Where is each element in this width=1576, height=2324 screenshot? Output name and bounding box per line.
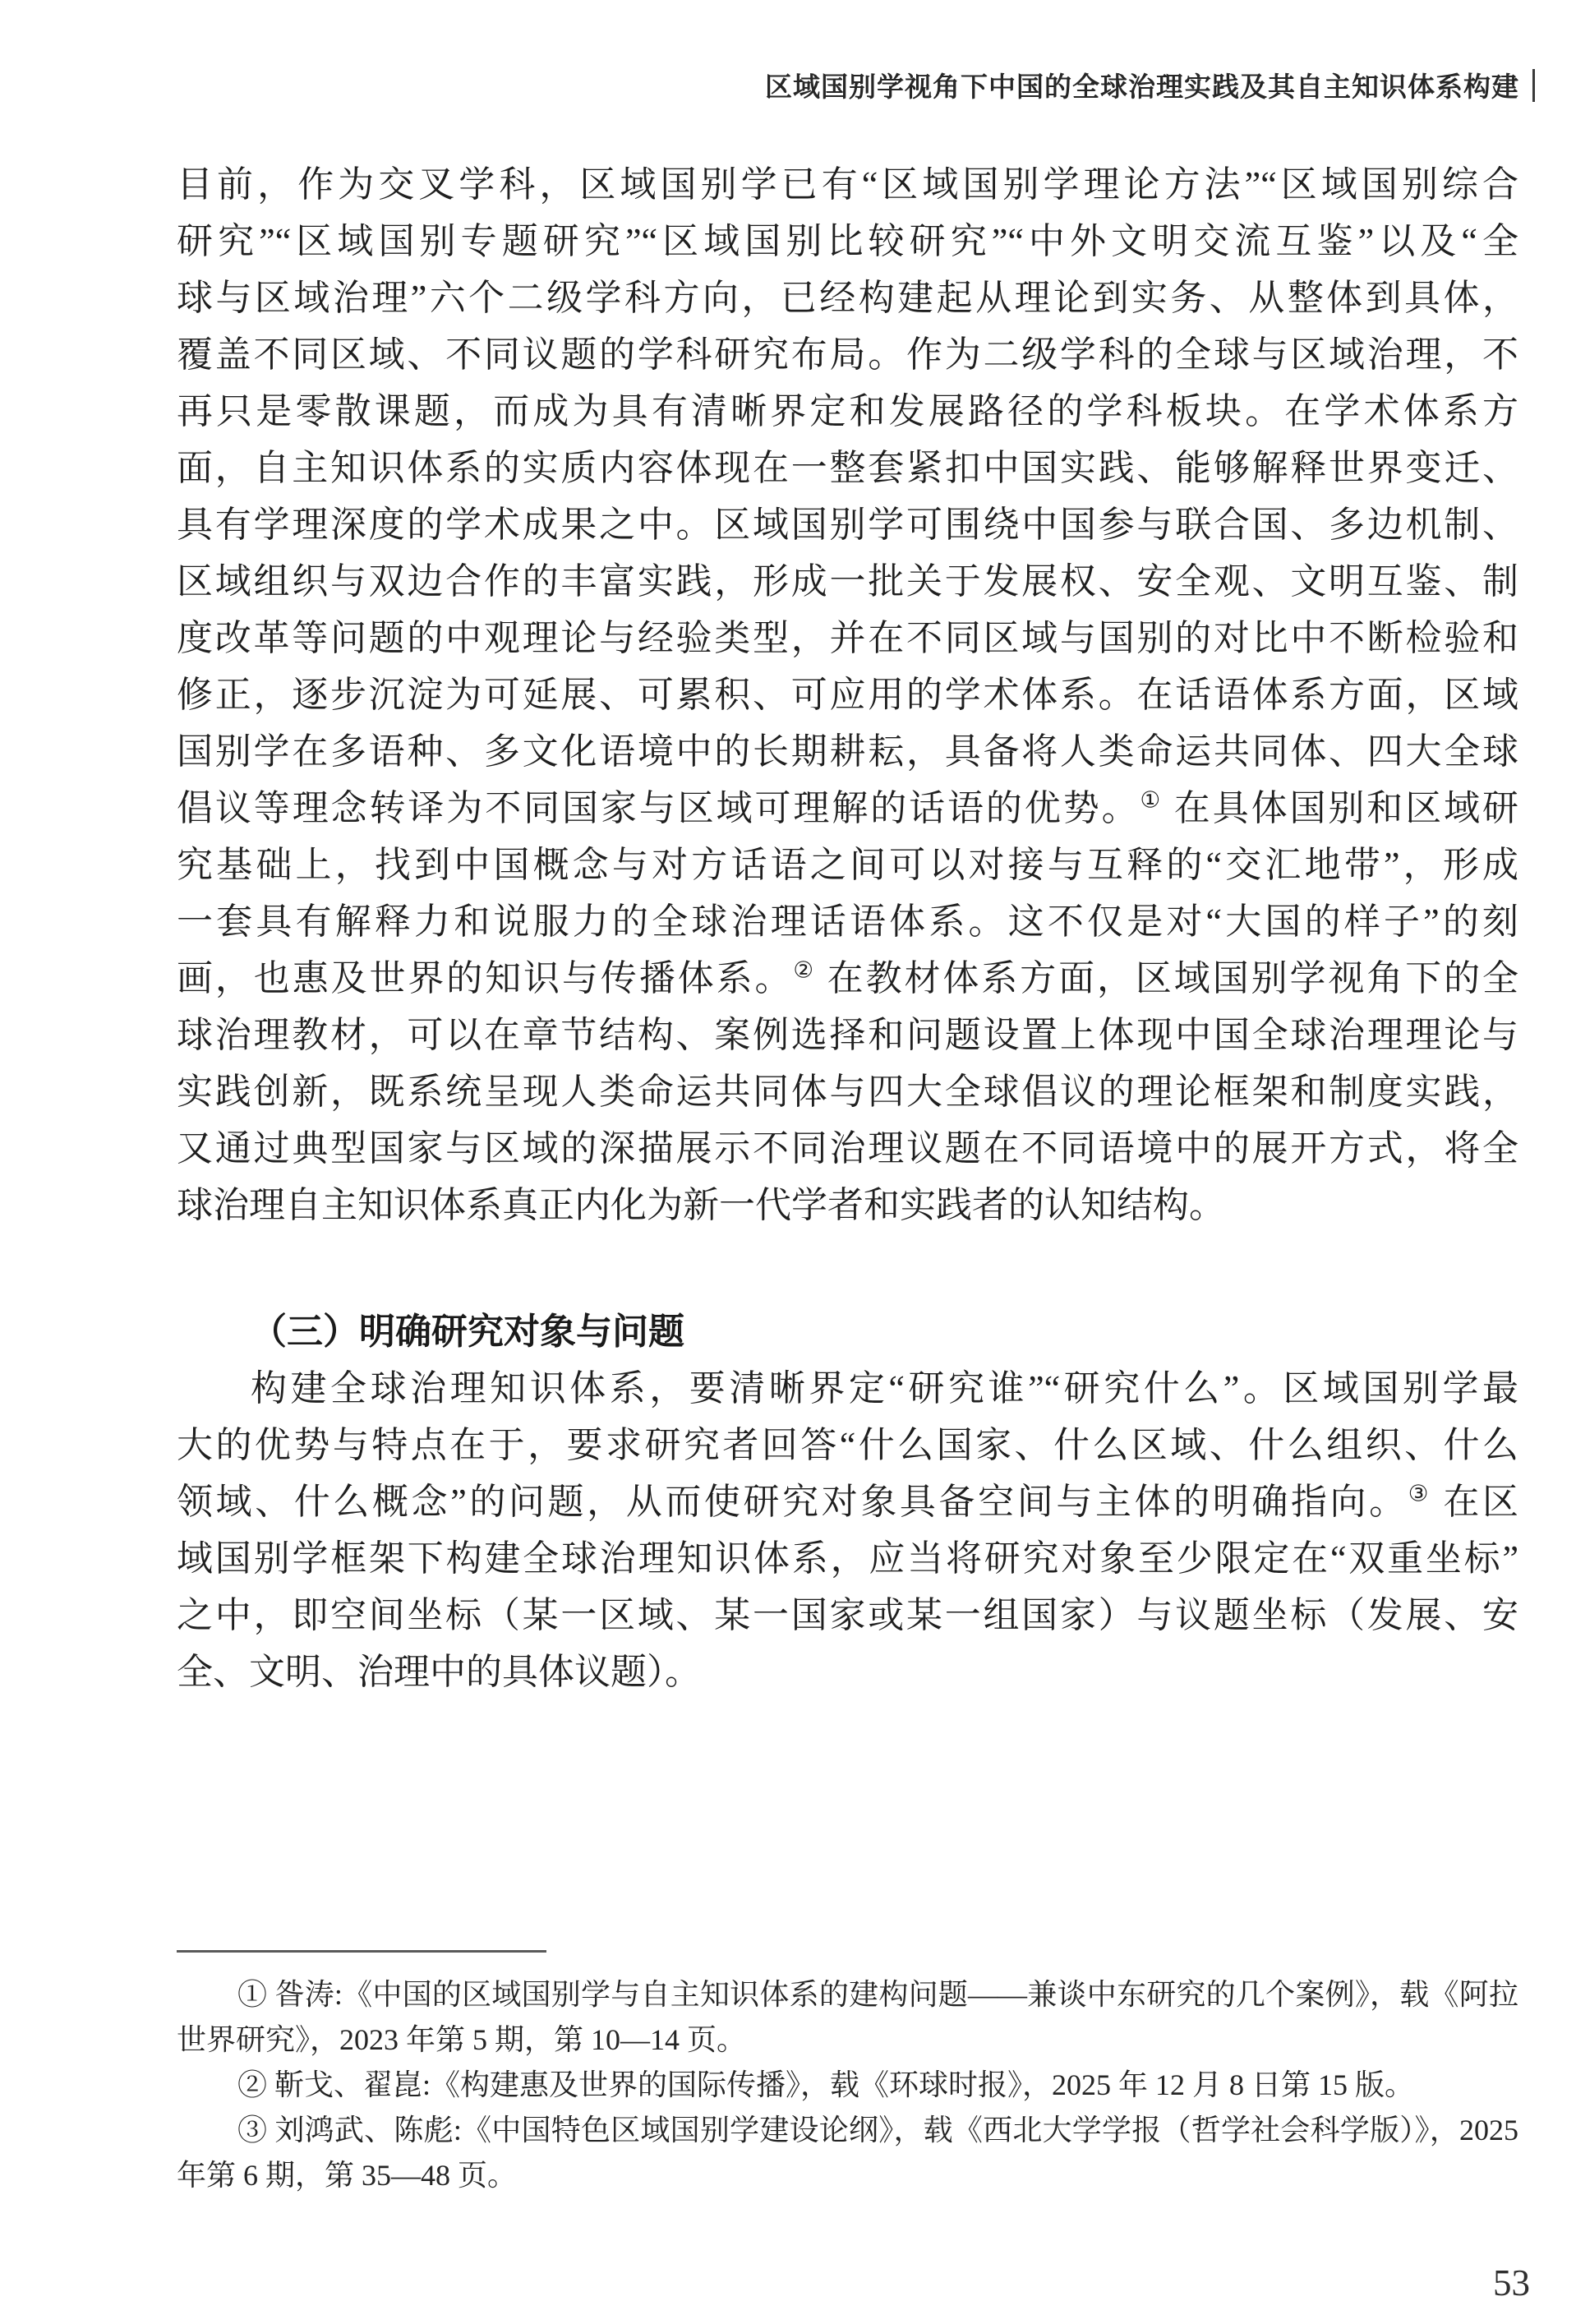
body-line: 覆盖不同区域、不同议题的学科研究布局。作为二级学科的全球与区域治理，不	[177, 326, 1518, 383]
body-line: 一套具有解释力和说服力的全球治理话语体系。这不仅是对“大国的样子”的刻	[177, 893, 1518, 950]
footnote-1-line-2: 世界研究》，2023 年第 5 期，第 10—14 页。	[177, 2017, 1518, 2063]
body-line: 实践创新，既系统呈现人类命运共同体与四大全球倡议的理论框架和制度实践，	[177, 1063, 1518, 1120]
footnote-2-line-1: ② 靳戈、翟崑:《构建惠及世界的国际传播》，载《环球时报》，2025 年 12 …	[177, 2063, 1518, 2108]
footnote-1-line-1: ① 昝涛:《中国的区域国别学与自主知识体系的建构问题——兼谈中东研究的几个案例》…	[177, 1972, 1518, 2017]
body-line: 面，自主知识体系的实质内容体现在一整套紧扣中国实践、能够解释世界变迁、	[177, 440, 1518, 496]
body-line-with-footnote-ref-3: 领域、什么概念”的问题，从而使研究对象具备空间与主体的明确指向。③ 在区	[177, 1473, 1518, 1530]
section-heading: （三）明确研究对象与问题	[177, 1303, 1518, 1360]
body-line: 再只是零散课题，而成为具有清晰界定和发展路径的学科板块。在学术体系方	[177, 383, 1518, 440]
body-line: 球治理自主知识体系真正内化为新一代学者和实践者的认知结构。	[177, 1177, 1518, 1233]
footnote-3-line-2: 年第 6 期，第 35—48 页。	[177, 2153, 1518, 2198]
footnote-rule	[177, 1950, 546, 1953]
body-line-with-footnote-ref-1: 倡议等理念转译为不同国家与区域可理解的话语的优势。① 在具体国别和区域研	[177, 780, 1518, 837]
body-line: 球治理教材，可以在章节结构、案例选择和问题设置上体现中国全球治理理论与	[177, 1007, 1518, 1063]
body-line: 具有学理深度的学术成果之中。区域国别学可围绕中国参与联合国、多边机制、	[177, 496, 1518, 553]
body-line: 全、文明、治理中的具体议题）。	[177, 1644, 1518, 1700]
journal-page: 区域国别学视角下中国的全球治理实践及其自主知识体系构建 目前，作为交叉学科，区域…	[0, 0, 1576, 2324]
body-line: 球与区域治理”六个二级学科方向，已经构建起从理论到实务、从整体到具体，	[177, 270, 1518, 326]
body-line: 构建全球治理知识体系，要清晰界定“研究谁”“研究什么”。区域国别学最	[177, 1360, 1518, 1417]
header-rule	[1532, 69, 1535, 102]
footnote-3-line-1: ③ 刘鸿武、陈彪:《中国特色区域国别学建设论纲》，载《西北大学学报（哲学社会科学…	[177, 2108, 1518, 2153]
body-line: 之中，即空间坐标（某一区域、某一国家或某一组国家）与议题坐标（发展、安	[177, 1587, 1518, 1644]
body-line: 目前，作为交叉学科，区域国别学已有“区域国别学理论方法”“区域国别综合	[177, 156, 1518, 213]
body-line: 区域组织与双边合作的丰富实践，形成一批关于发展权、安全观、文明互鉴、制	[177, 553, 1518, 610]
footnotes-block: ① 昝涛:《中国的区域国别学与自主知识体系的建构问题——兼谈中东研究的几个案例》…	[177, 1972, 1518, 2198]
running-header-title: 区域国别学视角下中国的全球治理实践及其自主知识体系构建	[765, 66, 1519, 104]
body-line: 度改革等问题的中观理论与经验类型，并在不同区域与国别的对比中不断检验和	[177, 610, 1518, 666]
body-line: 大的优势与特点在于，要求研究者回答“什么国家、什么区域、什么组织、什么	[177, 1417, 1518, 1473]
body-line: 究基础上，找到中国概念与对方话语之间可以对接与互释的“交汇地带”，形成	[177, 837, 1518, 893]
body-line: 国别学在多语种、多文化语境中的长期耕耘，具备将人类命运共同体、四大全球	[177, 723, 1518, 780]
running-header: 区域国别学视角下中国的全球治理实践及其自主知识体系构建	[765, 66, 1535, 104]
body-line: 研究”“区域国别专题研究”“区域国别比较研究”“中外文明交流互鉴”以及“全	[177, 213, 1518, 270]
body-line: 又通过典型国家与区域的深描展示不同治理议题在不同语境中的展开方式，将全	[177, 1120, 1518, 1177]
body-line-with-footnote-ref-2: 画，也惠及世界的知识与传播体系。② 在教材体系方面，区域国别学视角下的全	[177, 950, 1518, 1007]
main-text-block: 目前，作为交叉学科，区域国别学已有“区域国别学理论方法”“区域国别综合 研究”“…	[177, 156, 1518, 1700]
body-line: 修正，逐步沉淀为可延展、可累积、可应用的学术体系。在话语体系方面，区域	[177, 666, 1518, 723]
page-number: 53	[1493, 2262, 1530, 2304]
body-line: 域国别学框架下构建全球治理知识体系，应当将研究对象至少限定在“双重坐标”	[177, 1530, 1518, 1587]
